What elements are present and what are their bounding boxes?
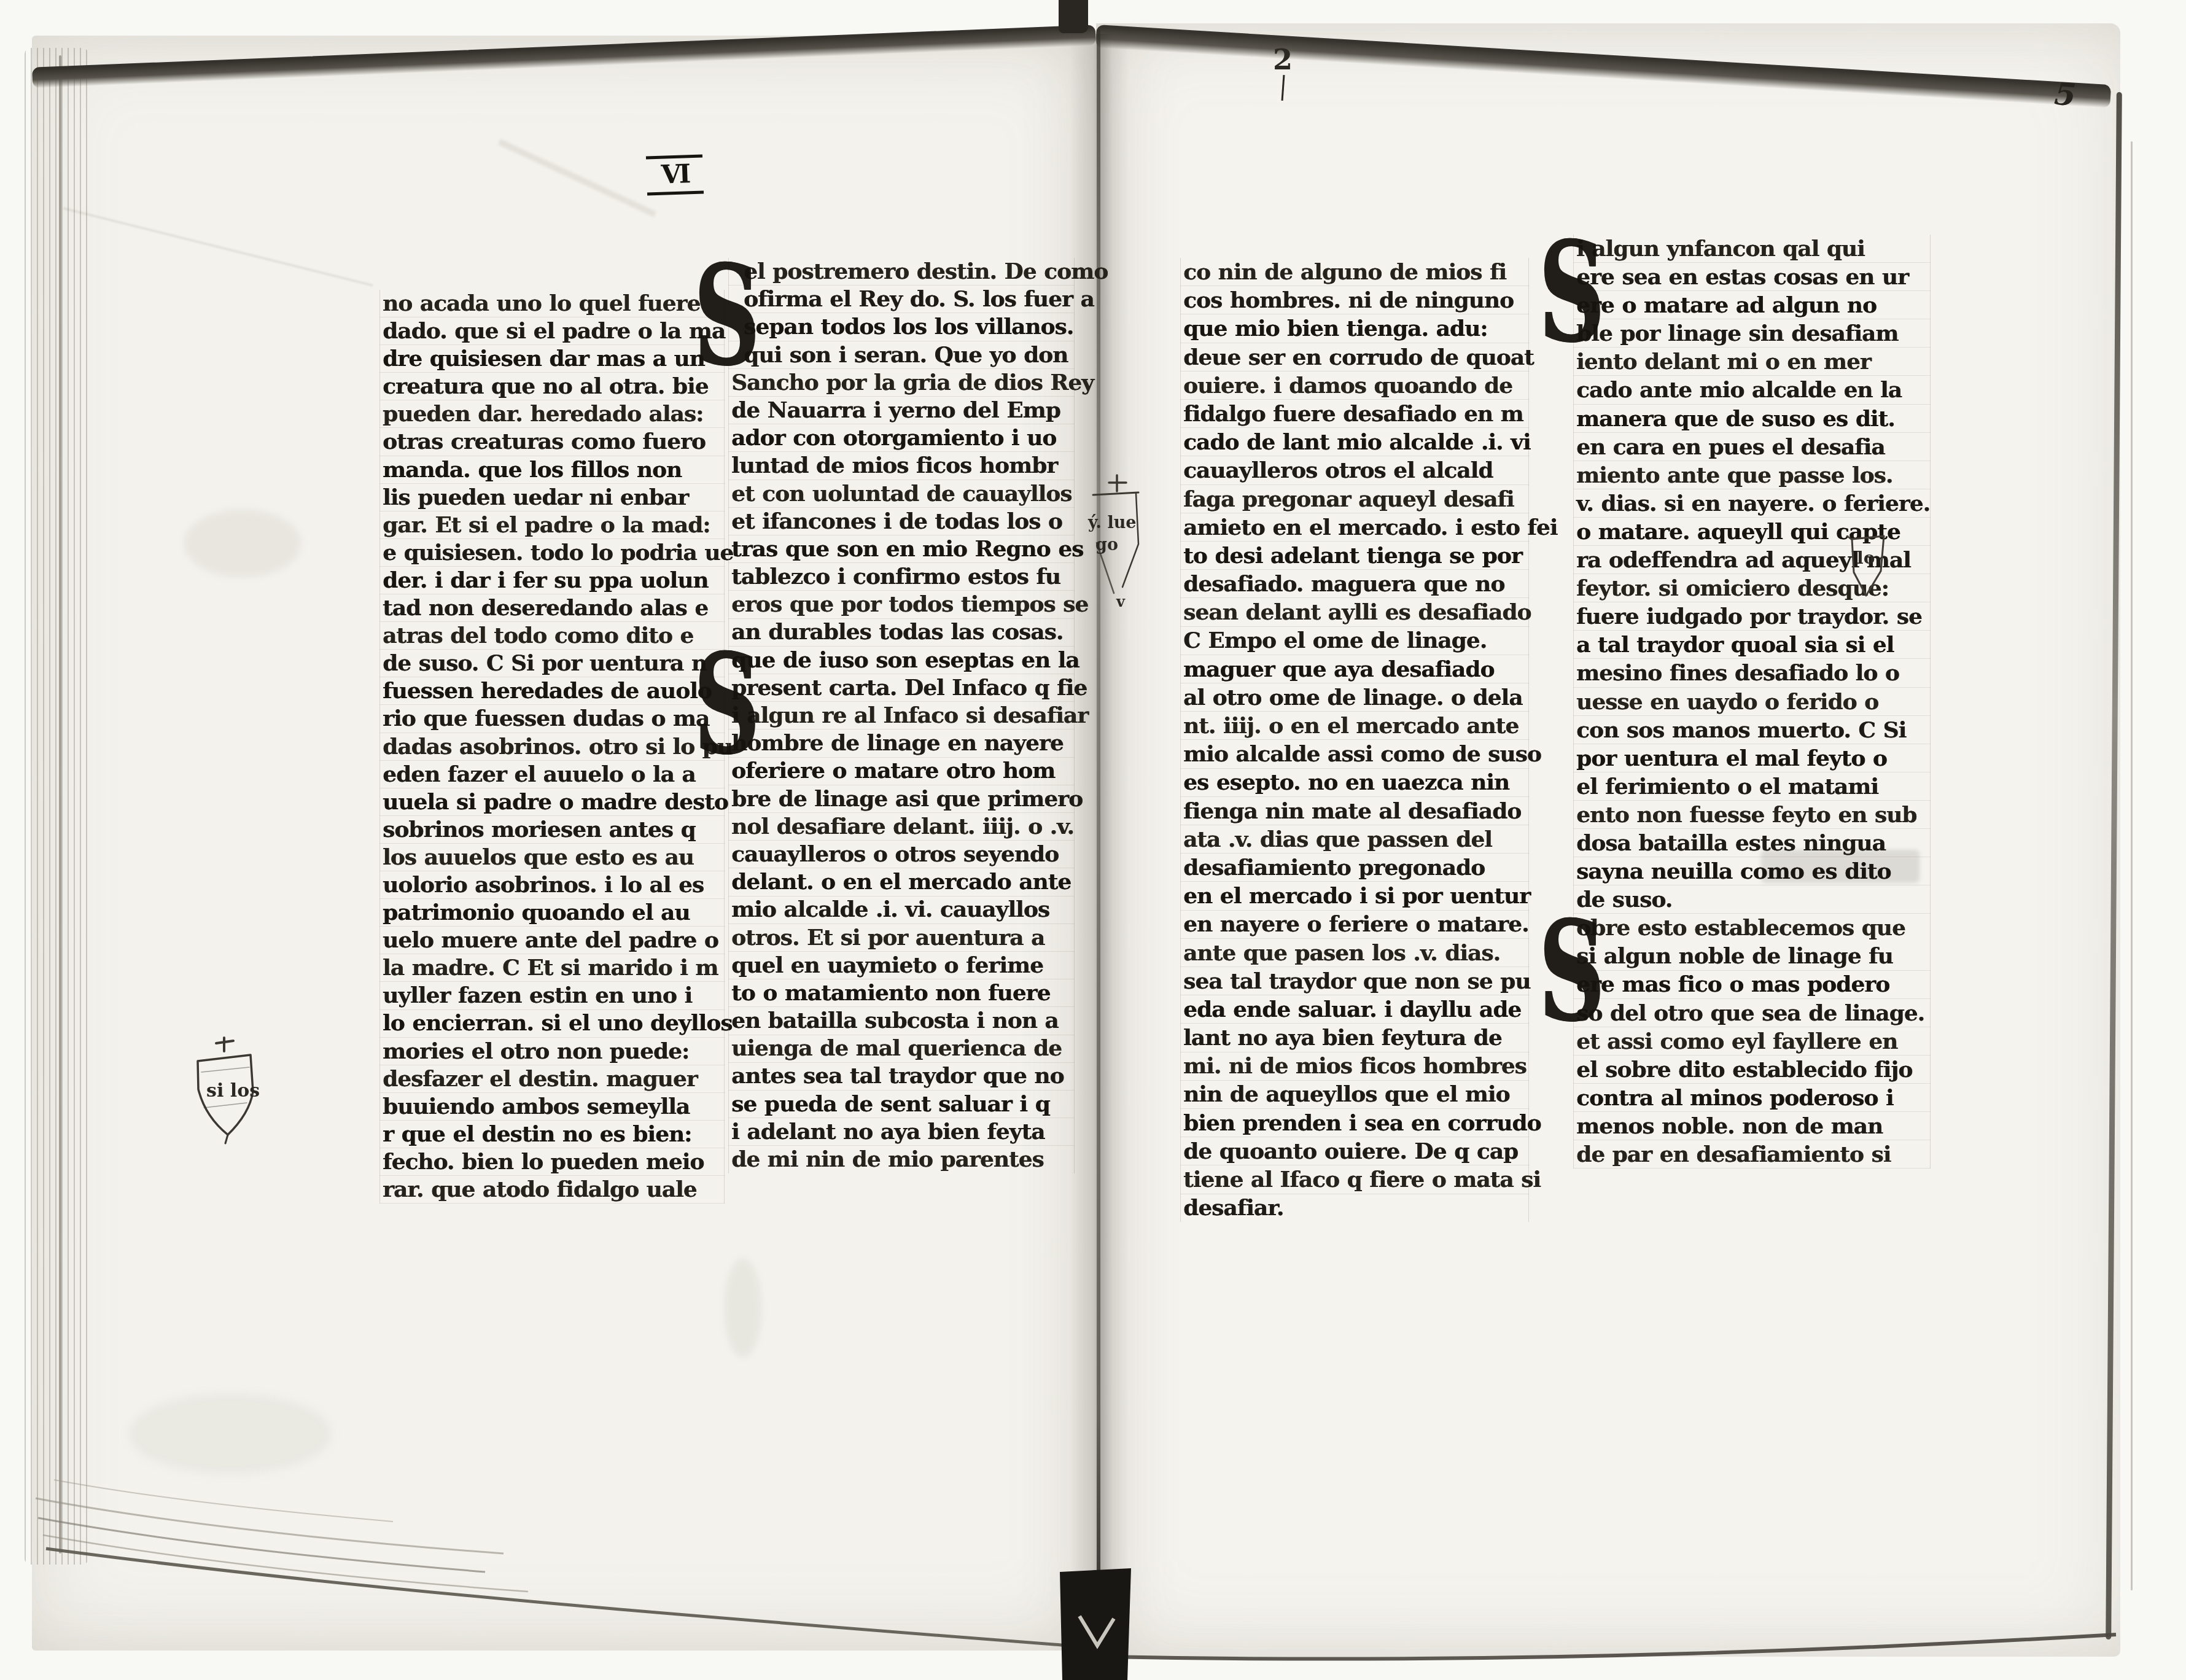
page-stack-edge-line (59, 55, 61, 1554)
manuscript-text-line: el sobre dito establecido fijo (1574, 1056, 1930, 1084)
manuscript-text-line: ento non fuesse feyto en sub (1574, 801, 1930, 829)
manuscript-text-line: pueden dar. heredado alas: (380, 400, 724, 428)
illuminated-initial: S (1538, 910, 1577, 1035)
manuscript-text-line: de mi nin de mio parentes (729, 1146, 1074, 1173)
manuscript-text-line: fecho. bien lo pueden meio (380, 1148, 724, 1176)
manuscript-text-line: nol desafiare delant. iiij. o .v. (729, 813, 1074, 841)
left-page-bottom-edge (46, 1549, 1070, 1646)
manuscript-text-line: fuere iudgado por traydor. se (1574, 602, 1930, 631)
manuscript-text-line: tiene al Ifaco q fiere o mata si (1181, 1165, 1528, 1194)
manuscript-text-line: cado de lant mio alcalde .i. vi (1181, 428, 1528, 456)
manuscript-text-line: amieto en el mercado. i esto fei (1181, 513, 1528, 542)
manuscript-text-line: ere o matare ad algun no (1574, 291, 1930, 319)
manuscript-text-line: antes sea tal traydor que no (729, 1062, 1074, 1090)
manuscript-text-line: tras que son en mio Regno es (729, 535, 1074, 563)
folio-number: 5 (2053, 76, 2077, 114)
manuscript-text-line: en el mercado i si por uentur (1181, 882, 1528, 910)
manuscript-text-line: que mio bien tienga. adu: (1181, 314, 1528, 343)
manuscript-text-line: mesino fines desafiado lo o (1574, 659, 1930, 687)
gutter-pennant-text-1: ý. lue (1087, 513, 1136, 532)
manuscript-text-line: dado. que si el padre o la ma (380, 317, 724, 345)
manuscript-text-line: et ifancones i de todas los o (729, 508, 1074, 535)
manuscript-text-line: i adelant no aya bien feyta (729, 1118, 1074, 1146)
manuscript-text-line: dosa batailla estes ningua (1574, 829, 1930, 857)
illuminated-initial: S (693, 254, 733, 379)
manuscript-text-line: tad non deseredando alas e (380, 594, 724, 622)
page-stack-edges (25, 48, 88, 1565)
manuscript-text-line: Sancho por la gria de dios Rey (729, 369, 1074, 397)
manuscript-text-line: los auuelos que esto es au (380, 844, 724, 871)
pennant-icon (1122, 494, 1138, 587)
manuscript-text-line: v. dias. si en nayere. o feriere. (1574, 489, 1930, 518)
manuscript-text-line: luntad de mios ficos hombr (729, 452, 1074, 480)
manuscript-text-line: desfazer el destin. maguer (380, 1065, 724, 1093)
manuscript-text-line: manda. que los fillos non (380, 456, 724, 484)
manuscript-text-line: lis pueden uedar ni enbar (380, 484, 724, 511)
binding-top-clamp (1059, 0, 1088, 33)
manuscript-text-line: r que el destin no es bien: (380, 1121, 724, 1148)
manuscript-text-line: nin de aqueyllos que el mio (1181, 1080, 1528, 1108)
manuscript-text-line: en cara en pues el desafia (1574, 433, 1930, 461)
manuscript-text-column-2: el postremero destin. De comoofirma el R… (728, 258, 1075, 1173)
manuscript-text-line: rio que fuessen dudas o ma (380, 705, 724, 733)
manuscript-text-line: faga pregonar aqueyl desafi (1181, 485, 1528, 513)
gutter-pennant-tail: v (1116, 593, 1126, 610)
gutter-pennant-text-2: go (1095, 535, 1118, 554)
manuscript-text-line: sean delant aylli es desafiado (1181, 598, 1528, 626)
manuscript-text-line: desafiar. (1181, 1194, 1528, 1222)
manuscript-text-line: ere mas fico o mas podero (1574, 970, 1930, 998)
manuscript-text-line: otros. Et si por auentura a (729, 924, 1074, 952)
manuscript-text-line: de par en desafiamiento si (1574, 1140, 1930, 1169)
manuscript-text-line: patrimonio quoando el au (380, 899, 724, 927)
manuscript-text-line: et con uoluntad de cauayllos (729, 480, 1074, 508)
manuscript-text-line: a tal traydor quoal sia si el (1574, 631, 1930, 659)
manuscript-text-line: uuela si padre o madre desto (380, 788, 724, 816)
manuscript-text-line: et assi como eyl fayllere en (1574, 1027, 1930, 1056)
manuscript-text-line: ble por linage sin desafiam (1574, 319, 1930, 348)
manuscript-text-line: de quoanto ouiere. De q cap (1181, 1137, 1528, 1165)
manuscript-text-line: uienga de mal querienca de (729, 1035, 1074, 1062)
manuscript-text-line: eden fazer el auuelo o la a (380, 761, 724, 788)
manuscript-text-line: C Empo el ome de linage. (1181, 626, 1528, 655)
manuscript-text-line: por uentura el mal feyto o (1574, 744, 1930, 772)
manuscript-text-line: cos hombres. ni de ninguno (1181, 286, 1528, 314)
manuscript-text-line: el ferimiento o el matami (1574, 772, 1930, 801)
manuscript-text-line: desafiado. maguera que no (1181, 570, 1528, 598)
manuscript-text-line: delant. o en el mercado ante (729, 868, 1074, 896)
manuscript-text-line: eda ende saluar. i dayllu ade (1181, 995, 1528, 1024)
manuscript-text-line: en nayere o feriere o matare. (1181, 910, 1528, 938)
manuscript-text-line: otras creaturas como fuero (380, 428, 724, 456)
manuscript-text-line: iento delant mi o en mer (1574, 348, 1930, 376)
margin-shield-note: si los (189, 1033, 263, 1146)
manuscript-text-line: nt. iiij. o en el mercado ante (1181, 712, 1528, 740)
manuscript-text-line: sayna neuilla como es dito (1574, 857, 1930, 885)
manuscript-text-line: fuessen heredades de auolo (380, 677, 724, 705)
manuscript-text-line: de Nauarra i yerno del Emp (729, 397, 1074, 424)
manuscript-text-line: cauaylleros o otros seyendo (729, 841, 1074, 868)
manuscript-text-line: en batailla subcosta i non a (729, 1007, 1074, 1035)
manuscript-text-line: i algun re al Infaco si desafiar (729, 702, 1074, 729)
cross-icon (1109, 475, 1126, 491)
manuscript-text-line: uesse en uaydo o ferido o (1574, 688, 1930, 716)
manuscript-text-line: de suso. C Si por uentura n (380, 650, 724, 677)
manuscript-text-line: se pueda de sent saluar i q (729, 1091, 1074, 1118)
illuminated-initial: S (693, 643, 733, 768)
manuscript-text-line: tablezco i confirmo estos fu (729, 563, 1074, 591)
manuscript-text-line: so del otro que sea de linage. (1574, 999, 1930, 1027)
manuscript-text-line: uyller fazen estin en uno i (380, 982, 724, 1009)
manuscript-text-line: to desi adelant tienga se por (1181, 542, 1528, 570)
manuscript-text-line: fidalgo fuere desafiado en m (1181, 400, 1528, 428)
manuscript-text-line: ouiere. i damos quoando de (1181, 371, 1528, 400)
manuscript-text-line: fienga nin mate al desafiado (1181, 797, 1528, 825)
manuscript-text-line: que de iuso son eseptas en la (729, 647, 1074, 674)
manuscript-text-line: bien prenden i sea en corrudo (1181, 1109, 1528, 1137)
manuscript-text-line: present carta. Del Infaco q fie (729, 674, 1074, 702)
manuscript-text-line: quel en uaymieto o ferime (729, 952, 1074, 979)
manuscript-text-line: cado ante mio alcalde en la (1574, 376, 1930, 404)
gathering-mark-tail (1281, 75, 1285, 101)
manuscript-text-line: ofirma el Rey do. S. los fuer a (729, 286, 1074, 313)
manuscript-text-line: manera que de suso es dit. (1574, 405, 1930, 433)
manuscript-text-column-3: co nin de alguno de mios ficos hombres. … (1180, 258, 1529, 1222)
chapter-numeral: VI (646, 154, 704, 195)
manuscript-scan: VI 2 5 no acada uno lo quel fueredado. q… (0, 0, 2186, 1680)
manuscript-text-line: gar. Et si el padre o la mad: (380, 511, 724, 539)
manuscript-text-line: si algun noble de linage fu (1574, 942, 1930, 970)
manuscript-text-line: eros que por todos tiempos se (729, 591, 1074, 618)
illuminated-initial: S (1538, 231, 1577, 356)
manuscript-text-column-4: i algun ynfancon qal quiere sea en estas… (1573, 235, 1931, 1169)
manuscript-text-line: e quisiesen. todo lo podria ue (380, 539, 724, 567)
manuscript-text-line: de suso. (1574, 885, 1930, 914)
manuscript-text-line: der. i dar i fer su ppa uolun (380, 567, 724, 594)
margin-pennant-text: lo (1857, 548, 1875, 568)
manuscript-text-line: qui son i seran. Que yo don (729, 341, 1074, 369)
margin-shield-text: si los (206, 1080, 260, 1102)
manuscript-text-line: an durables todas las cosas. (729, 618, 1074, 646)
manuscript-text-line: co nin de alguno de mios fi (1181, 258, 1528, 286)
manuscript-text-line: con sos manos muerto. C Si (1574, 716, 1930, 744)
manuscript-text-line: menos noble. non de man (1574, 1112, 1930, 1140)
margin-pennant-note: lo (1843, 534, 1892, 605)
manuscript-text-line: no acada uno lo quel fuere (380, 290, 724, 317)
manuscript-text-line: creatura que no al otra. bie (380, 373, 724, 400)
manuscript-text-line: el postremero destin. De como (729, 258, 1074, 286)
manuscript-text-line: to o matamiento non fuere (729, 979, 1074, 1007)
manuscript-text-line: oferiere o matare otro hom (729, 757, 1074, 785)
right-page-bottom-edge (1105, 1635, 2116, 1659)
gathering-mark: 2 (1269, 45, 1297, 101)
manuscript-text-line: rar. que atodo fidalgo uale (380, 1176, 724, 1204)
manuscript-text-line: miento ante que passe los. (1574, 461, 1930, 489)
manuscript-text-line: ata .v. dias que passen del (1181, 825, 1528, 854)
manuscript-text-line: sea tal traydor que non se pu (1181, 967, 1528, 995)
manuscript-text-line: i algun ynfancon qal qui (1574, 235, 1930, 263)
manuscript-text-line: lo encierran. si el uno deyllos (380, 1009, 724, 1037)
manuscript-text-line: bre de linage asi que primero (729, 785, 1074, 813)
book-bottom-edges (0, 1461, 2186, 1680)
manuscript-text-line: al otro ome de linage. o dela (1181, 683, 1528, 712)
gutter-pennant-note: ý. lue go v (1082, 470, 1149, 615)
manuscript-text-line: es esepto. no en uaezca nin (1181, 768, 1528, 796)
manuscript-text-column-1: no acada uno lo quel fueredado. que si e… (379, 290, 725, 1204)
manuscript-text-line: maguer que aya desafiado (1181, 655, 1528, 683)
manuscript-text-line: uolorio asobrinos. i lo al es (380, 871, 724, 899)
cross-icon (216, 1038, 233, 1051)
manuscript-text-line: dre quisiesen dar mas a un (380, 345, 724, 373)
manuscript-text-line: sepan todos los los villanos. (729, 313, 1074, 341)
manuscript-text-line: desafiamiento pregonado (1181, 854, 1528, 882)
under-page-edge (2131, 141, 2133, 1590)
manuscript-text-line: mio alcalde assi como de suso (1181, 740, 1528, 768)
manuscript-text-line: mio alcalde .i. vi. cauayllos (729, 896, 1074, 924)
manuscript-text-line: buuiendo ambos semeylla (380, 1093, 724, 1121)
manuscript-text-line: dadas asobrinos. otro si lo pu (380, 733, 724, 761)
manuscript-text-line: ere sea en estas cosas en ur (1574, 263, 1930, 291)
manuscript-text-line: sobrinos moriesen antes q (380, 816, 724, 844)
manuscript-text-line: mories el otro non puede: (380, 1038, 724, 1065)
manuscript-text-line: lant no aya bien feytura de (1181, 1024, 1528, 1052)
gathering-mark-glyph: 2 (1273, 43, 1293, 76)
manuscript-text-line: mi. ni de mios ficos hombres (1181, 1052, 1528, 1080)
manuscript-text-line: la madre. C Et si marido i m (380, 954, 724, 982)
manuscript-text-line: obre esto establecemos que (1574, 914, 1930, 942)
manuscript-text-line: uelo muere ante del padre o (380, 927, 724, 954)
manuscript-text-line: deue ser en corrudo de quoat (1181, 343, 1528, 371)
binding-bottom-clamp (1060, 1568, 1131, 1680)
manuscript-text-line: ador con otorgamiento i uo (729, 424, 1074, 452)
manuscript-text-line: ante que pasen los .v. dias. (1181, 939, 1528, 967)
manuscript-text-line: atras del todo como dito e (380, 622, 724, 650)
manuscript-text-line: contra al minos poderoso i (1574, 1084, 1930, 1112)
manuscript-text-line: cauaylleros otros el alcald (1181, 456, 1528, 484)
manuscript-text-line: hombre de linage en nayere (729, 729, 1074, 757)
